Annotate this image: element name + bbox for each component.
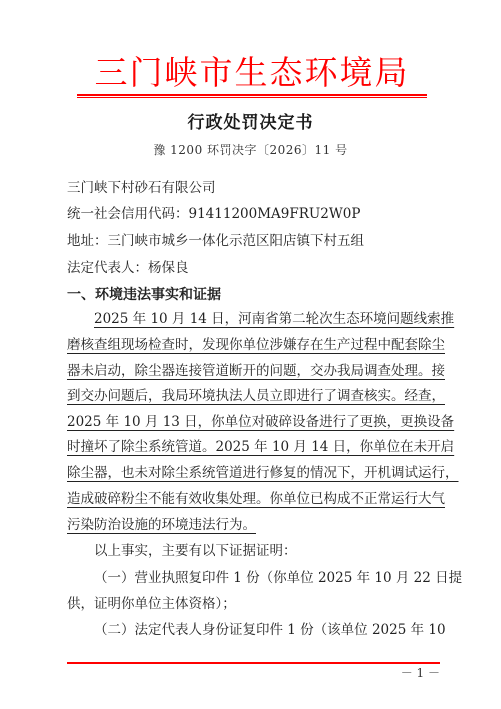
document-number: 豫 1200 环罚决字〔2026〕11 号 — [0, 141, 501, 159]
facts-line: 磨核查组现场检查时，发现你单位涉嫌存在生产过程中配套除尘 — [67, 336, 438, 354]
facts-line: 污染防治设施的环境违法行为。 — [67, 516, 438, 534]
party-credit-code: 统一社会信用代码：91411200MA9FRU2W0P — [67, 205, 438, 223]
facts-line: 时撞坏了除尘系统管道。2025 年 10 月 14 日，你单位在未开启 — [67, 438, 438, 456]
document-title: 行政处罚决定书 — [0, 111, 501, 135]
evidence-intro: 以上事实，主要有以下证据证明： — [94, 542, 438, 560]
facts-line: 2025 年 10 月 13 日，你单位对破碎设备进行了更换，更换设备 — [67, 413, 438, 431]
facts-line-text: 时撞坏了除尘系统管道。2025 年 10 月 14 日，你单位在未开启 — [67, 439, 454, 455]
party-company-name: 三门峡下村砂石有限公司 — [67, 179, 438, 197]
org-name-header: 三门峡市生态环境局 — [77, 54, 427, 92]
header-red-double-rule — [77, 94, 427, 98]
section-heading-violation-facts: 一、环境违法事实和证据 — [67, 286, 438, 304]
document-page: 三门峡市生态环境局 行政处罚决定书 豫 1200 环罚决字〔2026〕11 号 … — [0, 0, 501, 709]
party-address: 地址：三门峡市城乡一体化示范区阳店镇下村五组 — [67, 232, 438, 250]
facts-line-text: 除尘器，也未对除尘系统管道进行修复的情况下，开机调试运行， — [67, 465, 459, 481]
red-rule-line-2 — [77, 97, 427, 99]
facts-line: 2025 年 10 月 14 日，河南省第二轮次生态环境问题线索推 — [94, 310, 438, 328]
evidence-item-2: （二）法定代表人身份证复印件 1 份（该单位 2025 年 10 — [94, 621, 438, 639]
facts-line-text: 器未启动，除尘器连接管道断开的问题，交办我局调查处理。接 — [67, 363, 445, 379]
facts-line: 器未启动，除尘器连接管道断开的问题，交办我局调查处理。接 — [67, 362, 438, 380]
facts-line-text: 污染防治设施的环境违法行为。 — [67, 517, 256, 533]
facts-line: 除尘器，也未对除尘系统管道进行修复的情况下，开机调试运行， — [67, 464, 438, 482]
footer-red-rule — [67, 662, 440, 664]
party-legal-representative: 法定代表人：杨保良 — [67, 259, 438, 277]
red-rule-line-1 — [77, 94, 427, 96]
facts-line-text: 2025 年 10 月 14 日，河南省第二轮次生态环境问题线索推 — [94, 311, 454, 327]
facts-line-text: 到交办问题后，我局环境执法人员立即进行了调查核实。经查， — [67, 388, 445, 404]
facts-line-text: 2025 年 10 月 13 日，你单位对破碎设备进行了更换，更换设备 — [67, 414, 454, 430]
facts-line-text: 磨核查组现场检查时，发现你单位涉嫌存在生产过程中配套除尘 — [67, 337, 445, 353]
facts-line: 造成破碎粉尘不能有效收集处理。你单位已构成不正常运行大气 — [67, 490, 438, 508]
evidence-item-1: （一）营业执照复印件 1 份（你单位 2025 年 10 月 22 日提 — [94, 569, 438, 587]
facts-line: 到交办问题后，我局环境执法人员立即进行了调查核实。经查， — [67, 387, 438, 405]
page-number: － 1 － — [400, 666, 440, 680]
facts-line-text: 造成破碎粉尘不能有效收集处理。你单位已构成不正常运行大气 — [67, 491, 445, 507]
evidence-item-1-cont: 供，证明你单位主体资格）； — [67, 595, 438, 613]
